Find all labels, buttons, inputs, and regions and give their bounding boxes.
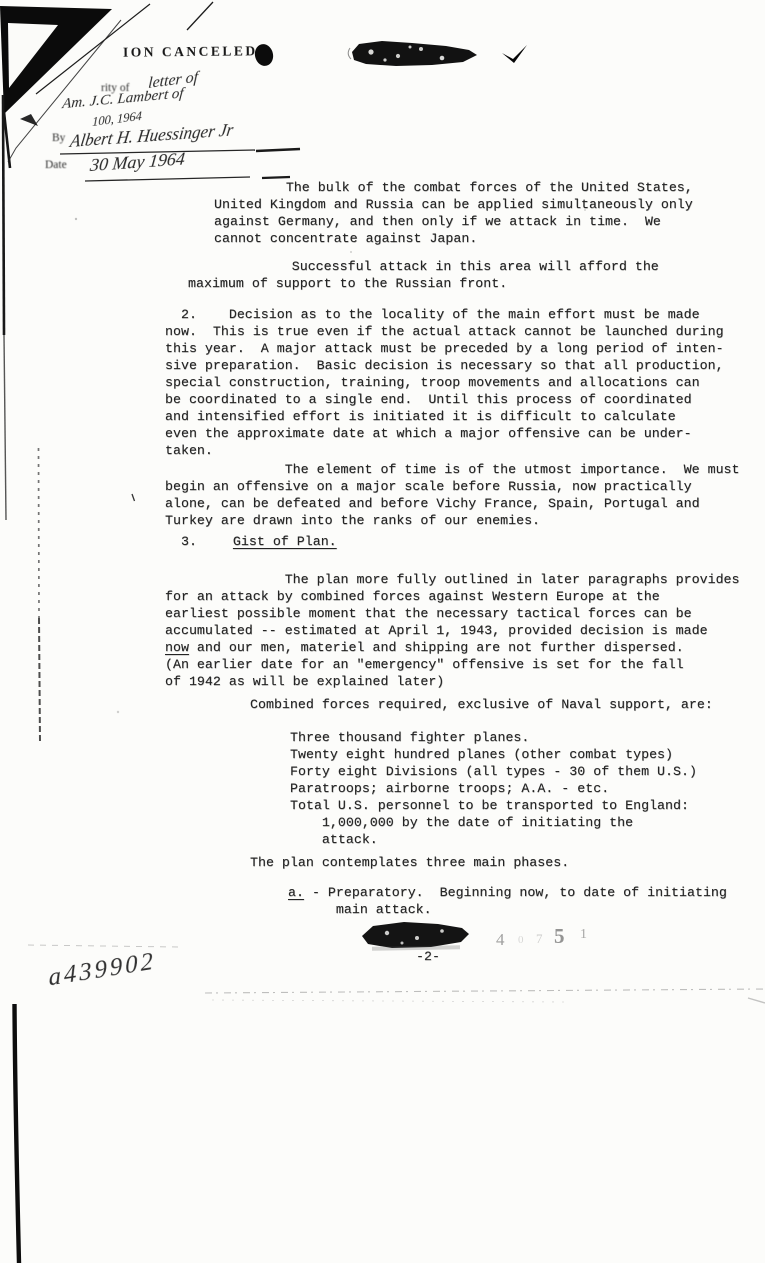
typed-paragraph-5: The plan more fully outlined in later pa…: [165, 571, 740, 690]
typed-paragraph-2: Successful attack in this area will affo…: [188, 258, 659, 292]
left-edge-line: [3, 95, 4, 335]
stamp-date-label: Date: [45, 159, 67, 171]
faint-stamp-digits: 4 0 7 5 1: [492, 922, 622, 956]
pencil-stroke-3: [187, 2, 213, 30]
typed-paragraph-3: 2. Decision as to the locality of the ma…: [165, 306, 724, 459]
handwritten-date: 30 May 1964: [89, 149, 186, 177]
speck-2: [350, 251, 352, 253]
redaction-bar-top: [348, 41, 477, 66]
typed-paragraph-1: The bulk of the combat forces of the Uni…: [214, 179, 693, 247]
fold-smudge-line-2: [212, 1000, 565, 1002]
faint-digit: 4: [496, 930, 505, 950]
typed-phases-line: The plan contemplates three main phases.: [250, 854, 569, 871]
paragraph-5-now-underlined: now: [165, 640, 189, 655]
typed-paragraph-4: The element of time is of the utmost imp…: [165, 461, 740, 529]
phase-a-label: a.: [288, 885, 304, 900]
page-number: -2-: [416, 949, 440, 964]
heading-3-title: Gist of Plan.: [233, 534, 337, 549]
left-dotted-line: [39, 448, 40, 618]
date-underline-dash: [262, 177, 290, 178]
phase-a-text: - Preparatory. Beginning now, to date of…: [288, 885, 727, 917]
left-edge-line-faint: [4, 335, 6, 520]
comma-artifact: [132, 494, 135, 501]
faint-digit: 7: [536, 931, 543, 947]
bottom-edge-line: [15, 1004, 20, 1263]
typed-heading-3: 3.Gist of Plan.: [165, 533, 337, 550]
faint-digit: 1: [580, 927, 587, 943]
faint-digit: 5: [554, 924, 565, 949]
fold-smudge-line: [205, 989, 765, 993]
speck-4: [117, 711, 119, 713]
speck-1: [75, 218, 77, 220]
fold-smudge-line-3: [28, 945, 178, 947]
fold-smudge-line-4: [748, 998, 765, 1003]
paragraph-5-start: The plan more fully outlined in later pa…: [165, 572, 740, 638]
check-mark-icon: [502, 45, 527, 63]
arrow-mark: [20, 114, 38, 126]
heading-3-number: 3.: [165, 534, 197, 549]
faint-digit: 0: [518, 934, 524, 946]
stamp-canceled-text: ION CANCELED: [123, 43, 258, 60]
redaction-bar-bottom: [362, 922, 469, 951]
typed-combined-forces-line: Combined forces required, exclusive of N…: [250, 696, 713, 713]
typed-phase-a-line: a. - Preparatory. Beginning now, to date…: [288, 884, 727, 918]
typed-forces-list: Three thousand fighter planes. Twenty ei…: [290, 729, 697, 848]
paragraph-5-end: and our men, materiel and shipping are n…: [165, 640, 684, 689]
left-dotted-line-2: [39, 618, 40, 742]
scanned-document-page: ION CANCELED rity of letter of Am. J.C. …: [0, 0, 765, 1263]
archival-number: a439902: [48, 947, 157, 992]
signature-underline-dash: [256, 149, 300, 151]
stamp-by-label: By: [52, 132, 65, 144]
